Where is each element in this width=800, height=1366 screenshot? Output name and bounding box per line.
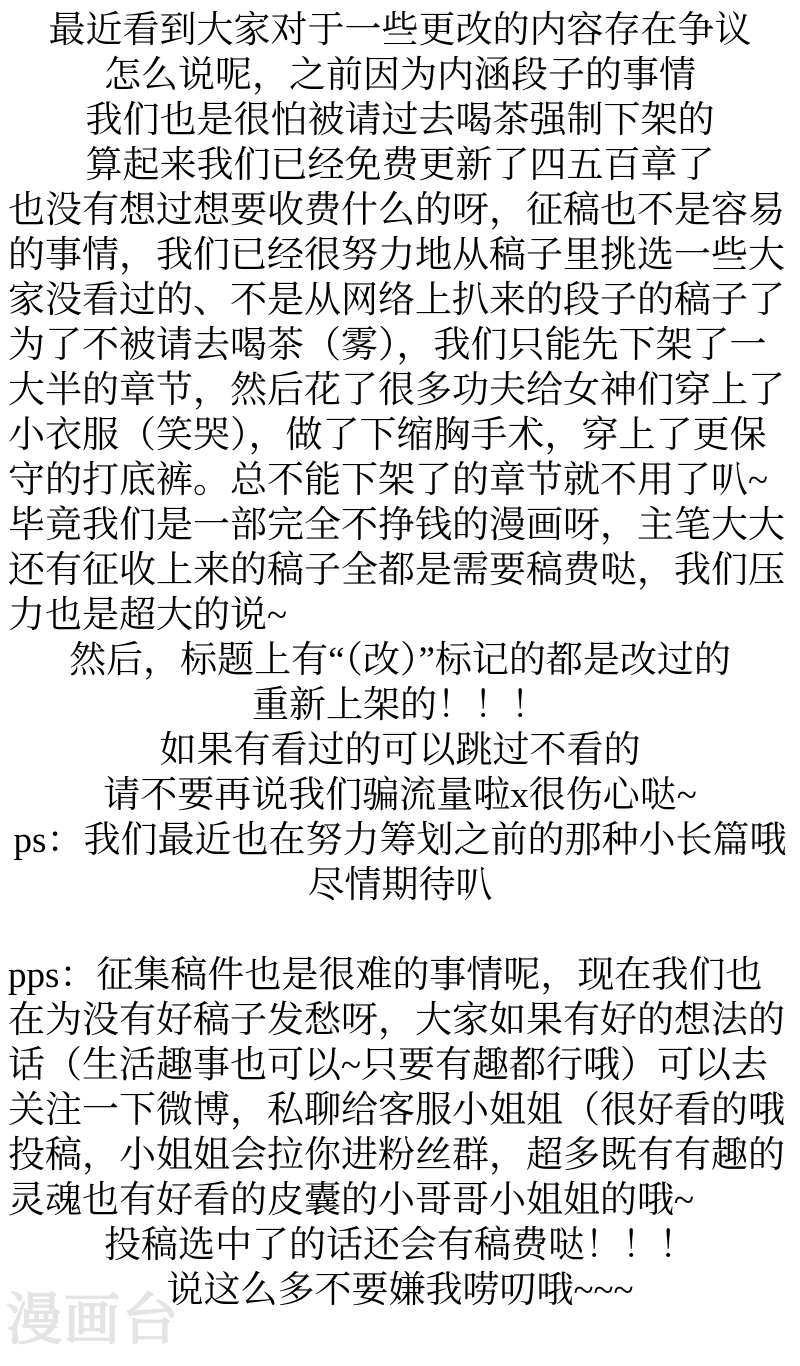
notice-line: pps：征集稿件也是很难的事情呢，现在我们也 [0, 953, 800, 998]
notice-line: 守的打底裤。总不能下架了的章节就不用了叭~ [0, 458, 800, 503]
notice-line: 家没看过的、不是从网络上扒来的段子的稿子了 [0, 278, 800, 323]
notice-line: 的事情，我们已经很努力地从稿子里挑选一些大 [0, 233, 800, 278]
notice-line: 大半的章节，然后花了很多功夫给女神们穿上了 [0, 368, 800, 413]
notice-line: 也没有想过想要收费什么的呀，征稿也不是容易 [0, 188, 800, 233]
notice-line: 最近看到大家对于一些更改的内容存在争议 [0, 8, 800, 53]
notice-line: 关注一下微博，私聊给客服小姐姐（很好看的哦 [0, 1088, 800, 1133]
announcement-notice: 最近看到大家对于一些更改的内容存在争议 怎么说呢，之前因为内涵段子的事情 我们也… [0, 0, 800, 1313]
notice-line: 在为没有好稿子发愁呀，大家如果有好的想法的 [0, 998, 800, 1043]
notice-line: 为了不被请去喝茶（雾），我们只能先下架了一 [0, 323, 800, 368]
blank-line [0, 908, 800, 953]
notice-line: 重新上架的！！！ [0, 683, 800, 728]
notice-line: 怎么说呢，之前因为内涵段子的事情 [0, 53, 800, 98]
notice-line: 尽情期待叭 [0, 863, 800, 908]
notice-line: 然后，标题上有“（改）”标记的都是改过的 [0, 638, 800, 683]
notice-line: ps：我们最近也在努力筹划之前的那种小长篇哦 [0, 818, 800, 863]
notice-line: 话（生活趣事也可以~只要有趣都行哦）可以去 [0, 1043, 800, 1088]
notice-line: 小衣服（笑哭），做了下缩胸手术，穿上了更保 [0, 413, 800, 458]
notice-line: 投稿选中了的话还会有稿费哒！！！ [0, 1223, 800, 1268]
notice-line: 还有征收上来的稿子全都是需要稿费哒，我们压 [0, 548, 800, 593]
notice-line: 算起来我们已经免费更新了四五百章了 [0, 143, 800, 188]
notice-line: 毕竟我们是一部完全不挣钱的漫画呀，主笔大大 [0, 503, 800, 548]
notice-line: 请不要再说我们骗流量啦x很伤心哒~ [0, 773, 800, 818]
notice-line: 投稿，小姐姐会拉你进粉丝群，超多既有有趣的 [0, 1133, 800, 1178]
notice-line: 如果有看过的可以跳过不看的 [0, 728, 800, 773]
notice-line: 灵魂也有好看的皮囊的小哥哥小姐姐的哦~ [0, 1178, 800, 1223]
notice-line: 我们也是很怕被请过去喝茶强制下架的 [0, 98, 800, 143]
notice-line: 说这么多不要嫌我唠叨哦~~~ [0, 1268, 800, 1313]
notice-line: 力也是超大的说~ [0, 593, 800, 638]
